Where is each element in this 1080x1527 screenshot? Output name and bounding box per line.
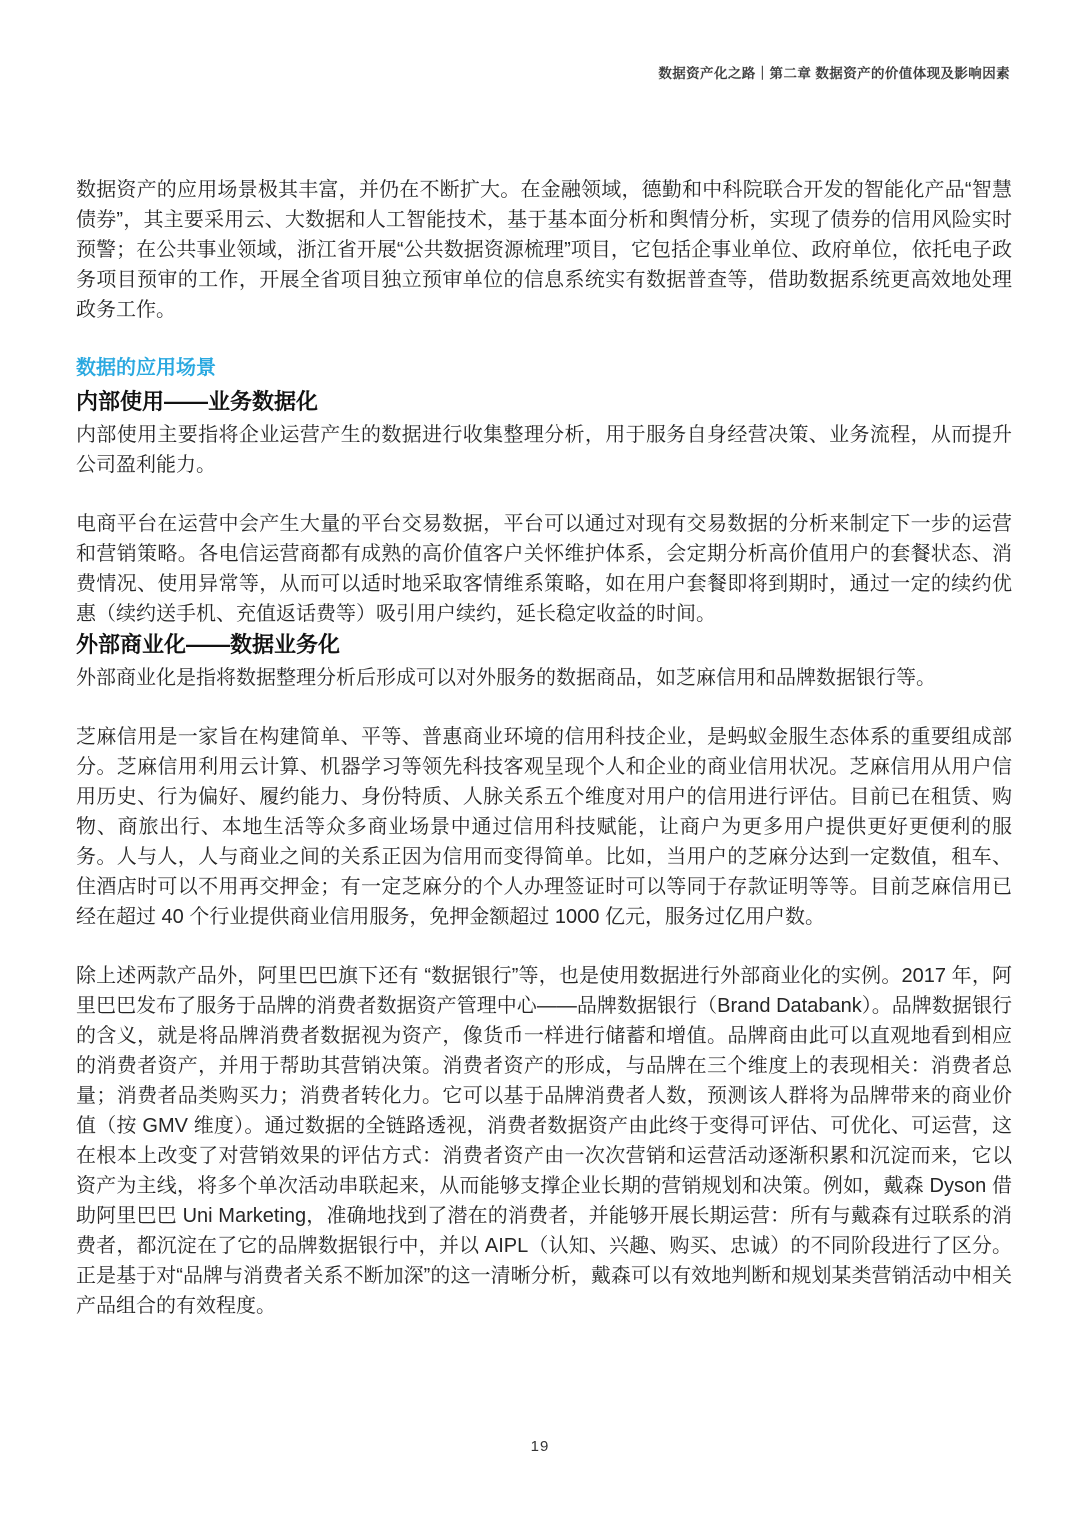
document-page: 数据资产化之路｜第二章 数据资产的价值体现及影响因素 数据资产的应用场景极其丰富…: [0, 0, 1080, 1527]
running-header-title: 数据资产化之路｜第二章 数据资产的价值体现及影响因素: [658, 66, 1010, 81]
paragraph: 电商平台在运营中会产生大量的平台交易数据，平台可以通过对现有交易数据的分析来制定…: [76, 509, 1012, 629]
paragraph: 芝麻信用是一家旨在构建简单、平等、普惠商业环境的信用科技企业，是蚂蚁金服生态体系…: [76, 722, 1012, 932]
section-heading-data-application-scenarios: 数据的应用场景: [76, 354, 1012, 382]
running-header: 数据资产化之路｜第二章 数据资产的价值体现及影响因素: [76, 62, 1010, 82]
subsection-internal-use: 内部使用——业务数据化 内部使用主要指将企业运营产生的数据进行收集整理分析，用于…: [76, 386, 1012, 629]
subsection-heading-internal-use: 内部使用——业务数据化: [76, 386, 1012, 418]
subsection-external-commercialization: 外部商业化——数据业务化 外部商业化是指将数据整理分析后形成可以对外服务的数据商…: [76, 629, 1012, 1321]
subsection-heading-external-commercialization: 外部商业化——数据业务化: [76, 629, 1012, 661]
paragraph: 内部使用主要指将企业运营产生的数据进行收集整理分析，用于服务自身经营决策、业务流…: [76, 420, 1012, 480]
page-content: 数据资产的应用场景极其丰富，并仍在不断扩大。在金融领域，德勤和中科院联合开发的智…: [76, 175, 1012, 1321]
page-footer: 19: [0, 1438, 1080, 1455]
paragraph: 除上述两款产品外，阿里巴巴旗下还有 “数据银行”等，也是使用数据进行外部商业化的…: [76, 961, 1012, 1321]
intro-paragraph: 数据资产的应用场景极其丰富，并仍在不断扩大。在金融领域，德勤和中科院联合开发的智…: [76, 175, 1012, 325]
paragraph: 外部商业化是指将数据整理分析后形成可以对外服务的数据商品，如芝麻信用和品牌数据银…: [76, 663, 1012, 693]
page-number: 19: [531, 1438, 550, 1455]
